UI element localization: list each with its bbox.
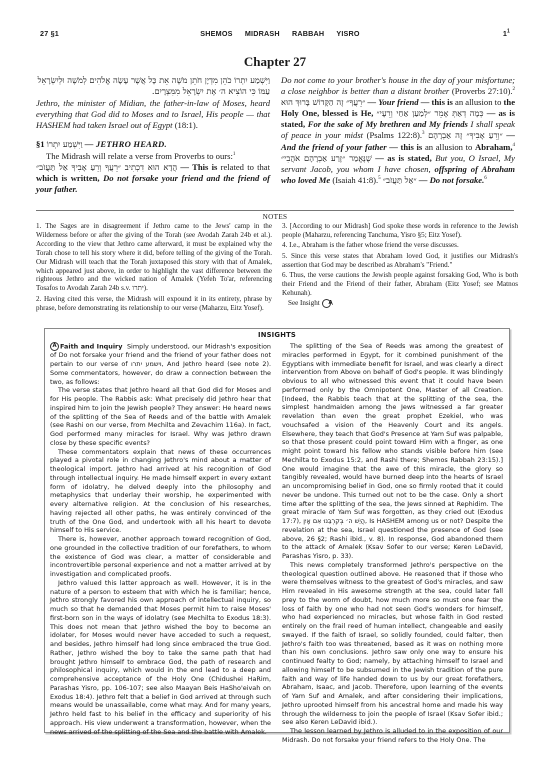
running-head-title: SHEMOS MIDRASH RABBAH YISRO	[180, 29, 380, 38]
note-5: 5. Since this verse states that Abraham …	[282, 252, 518, 270]
notes-column-right: 3. [According to our Midrash] God spoke …	[282, 222, 518, 310]
insight-paragraph: The splitting of the Sea of Reeds was am…	[282, 342, 503, 561]
page: 27 §1 SHEMOS MIDRASH RABBAH YISRO 11 Cha…	[0, 0, 550, 762]
note-2: 2. Having cited this verse, the Midrash …	[36, 295, 272, 313]
insights-title: INSIGHTS	[45, 331, 509, 340]
section-intro: The Midrash will relate a verse from Pro…	[36, 151, 270, 162]
running-head: 27 §1 SHEMOS MIDRASH RABBAH YISRO 11	[40, 29, 510, 41]
note-1: 1. The Sages are in disagreement if Jeth…	[36, 222, 272, 293]
notes-divider	[36, 210, 514, 211]
running-head-section: 27 §1	[40, 29, 59, 38]
chapter-title: Chapter 27	[0, 54, 550, 70]
insight-paragraph: The lesson learned by Jethro is alluded …	[282, 727, 503, 745]
main-column-left: וַיִּשְׁמַע יִתְרוֹ כֹהֵן מִדְיָן חֹתֵן …	[36, 75, 270, 195]
insight-paragraph: Jethro valued this latter approach as we…	[50, 579, 271, 737]
lemma-hebrew: וַיִּשְׁמַע יִתְרוֹ	[47, 139, 83, 149]
notes-label: NOTES	[0, 213, 550, 221]
insights-column-right: The splitting of the Sea of Reeds was am…	[282, 342, 503, 745]
lemma-english: — JETHRO HEARD.	[85, 139, 167, 149]
verse-hebrew: וַיִּשְׁמַע יִתְרוֹ כֹהֵן מִדְיָן חֹתֵן …	[36, 75, 270, 97]
verse-english: Jethro, the minister of Midian, the fath…	[36, 98, 270, 131]
main-column-right: Do not come to your brother's house in t…	[281, 75, 515, 186]
insight-badge-icon: A	[322, 299, 331, 308]
insight-badge-icon: A	[50, 342, 59, 351]
insights-column-left: AFaith and Inquiry Simply understood, ou…	[50, 342, 271, 736]
section-paragraph-2-cont: Do not come to your brother's house in t…	[281, 75, 515, 186]
section-heading: §1 וַיִּשְׁמַע יִתְרוֹ — JETHRO HEARD.	[36, 139, 270, 150]
insight-paragraph: There is, however, another approach towa…	[50, 535, 271, 579]
section-paragraph-2: הֲדָא הוּא דִכְתִיב ״רֵעֲךָ וְרֵעַ אָבִי…	[36, 162, 270, 195]
note-3: 3. [According to our Midrash] God spoke …	[282, 222, 518, 240]
see-insight-link[interactable]: See Insight A.	[282, 299, 518, 308]
note-6: 6. Thus, the verse cautions the Jewish p…	[282, 271, 518, 298]
insight-paragraph: The verse states that Jethro heard all t…	[50, 386, 271, 447]
page-number: 11	[503, 29, 510, 38]
insight-heading: Faith and Inquiry	[60, 343, 122, 351]
notes-column-left: 1. The Sages are in disagreement if Jeth…	[36, 222, 272, 314]
insight-paragraph: AFaith and Inquiry Simply understood, ou…	[50, 342, 271, 386]
note-4: 4. I.e., Abraham is the father whose fri…	[282, 241, 518, 250]
insight-paragraph: These commentators explain that news of …	[50, 448, 271, 536]
insights-box: INSIGHTS AFaith and Inquiry Simply under…	[44, 328, 510, 733]
insight-paragraph: This news completely transformed Jethro'…	[282, 561, 503, 727]
